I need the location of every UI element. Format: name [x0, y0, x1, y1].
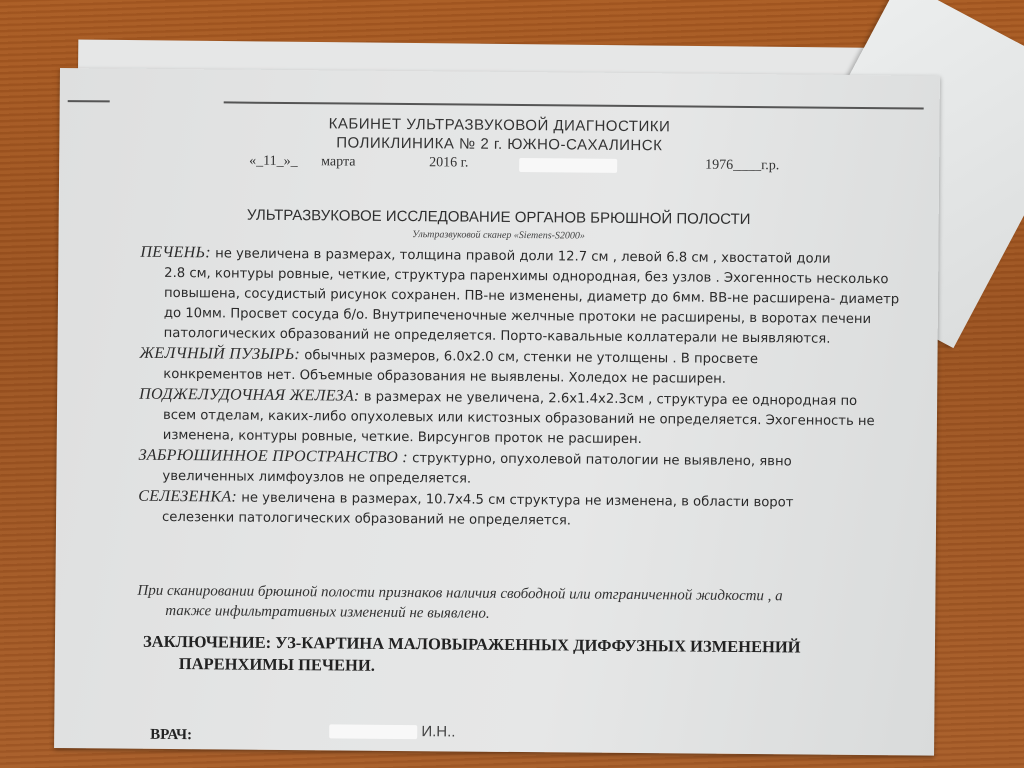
scan-note: При сканировании брюшной полости признак… — [137, 581, 897, 628]
section-gallbladder: ЖЕЛЧНЫЙ ПУЗЫРЬ: обычных размеров, 6.0x2.… — [139, 344, 899, 392]
header-rule-left — [68, 100, 110, 102]
report-header: КАБИНЕТ УЛЬТРАЗВУКОВОЙ ДИАГНОСТИКИ ПОЛИК… — [59, 112, 939, 158]
report-paper: КАБИНЕТ УЛЬТРАЗВУКОВОЙ ДИАГНОСТИКИ ПОЛИК… — [54, 68, 940, 756]
section-text: 2.8 см, контуры ровные, четкие, структур… — [140, 264, 901, 351]
section-text: всем отделам, каких-либо опухолевых или … — [139, 406, 899, 453]
header-rule-right — [224, 101, 924, 109]
doctor-name: И.Н.. — [329, 722, 455, 740]
report-body: ПЕЧЕНЬ: не увеличена в размерах, толщина… — [138, 243, 900, 535]
doctor-label: ВРАЧ: — [150, 727, 192, 744]
birth-year: 1976____г.р. — [705, 158, 779, 175]
section-liver: ПЕЧЕНЬ: не увеличена в размерах, толщина… — [140, 243, 901, 351]
date-year: 2016 г. — [429, 155, 468, 171]
scanner-model: Ультразвуковой сканер «Siemens-S2000» — [59, 226, 939, 245]
date-day: «_11_»_ — [249, 154, 298, 170]
report-title: УЛЬТРАЗВУКОВОЕ ИССЛЕДОВАНИЕ ОРГАНОВ БРЮШ… — [59, 205, 939, 230]
redacted-doctor-surname — [329, 724, 417, 739]
section-label: СЕЛЕЗЕНКА: — [138, 488, 237, 506]
section-label: ЗАБРЮШИННОЕ ПРОСТРАНСТВО : — [139, 447, 408, 466]
section-pancreas: ПОДЖЕЛУДОЧНАЯ ЖЕЛЕЗА: в размерах не увел… — [139, 385, 900, 453]
section-label: ПЕЧЕНЬ: — [140, 244, 211, 262]
redacted-patient-name — [519, 158, 617, 173]
date-month: марта — [321, 154, 355, 170]
conclusion: ЗАКЛЮЧЕНИЕ: УЗ-КАРТИНА МАЛОВЫРАЖЕННЫХ ДИ… — [143, 631, 903, 682]
section-text: селезенки патологических образований не … — [138, 508, 898, 535]
conclusion-label: ЗАКЛЮЧЕНИЕ: — [143, 632, 271, 652]
section-retroperitoneum: ЗАБРЮШИННОЕ ПРОСТРАНСТВО : структурно, о… — [138, 446, 898, 494]
section-label: ЖЕЛЧНЫЙ ПУЗЫРЬ: — [139, 345, 300, 363]
section-spleen: СЕЛЕЗЕНКА: не увеличена в размерах, 10.7… — [138, 487, 898, 535]
section-label: ПОДЖЕЛУДОЧНАЯ ЖЕЛЕЗА: — [139, 386, 360, 405]
